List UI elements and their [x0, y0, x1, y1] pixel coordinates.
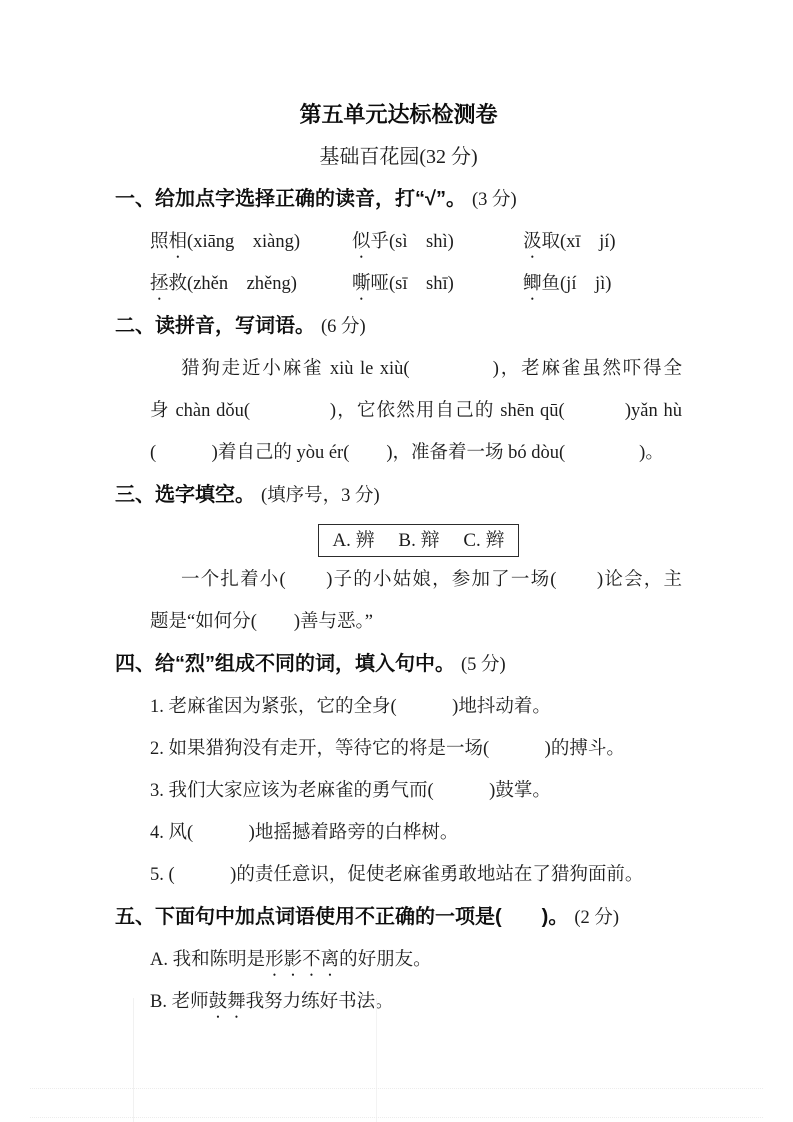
paragraph-line: 题是“如何分( )善与恶。” [115, 601, 682, 643]
paragraph-line: 猎狗走近小麻雀 xiù le xiù( )，老麻雀虽然吓得全 [115, 348, 682, 390]
dotted-phrase: 形影不离 [265, 950, 339, 970]
scan-artifact-dotted-line [30, 1088, 763, 1089]
pinyin-row-2: 拯救(zhěn zhěng) 嘶哑(sī shī) 鲫鱼(jí jì) [115, 263, 682, 305]
test-paper-page: 第五单元达标检测卷 基础百花园(32 分) 一、给加点字选择正确的读音，打“√”… [0, 0, 793, 1122]
question-item-5: 5. ( )的责任意识，促使老麻雀勇敢地站在了猎狗面前。 [115, 854, 682, 896]
section-3-score: (填序号，3 分) [261, 486, 380, 506]
option-b: B. 老师鼓舞我努力练好书法。 [115, 981, 682, 1023]
pinyin-item-sihu: 似乎(sì shì) [352, 221, 523, 263]
option-a-pre: A. 我和陈明是 [150, 950, 265, 970]
dotted-char: 鲫 [523, 274, 542, 294]
choice-box-row: A. 辨 B. 辩 C. 辫 [115, 517, 682, 559]
pinyin-item-zhaoxiang: 照相(xiāng xiàng) [150, 221, 352, 263]
word-pinyin: 哑(sī shī) [371, 274, 454, 294]
question-item-1: 1. 老麻雀因为紧张，它的全身( )地抖动着。 [115, 686, 682, 728]
question-item-4: 4. 风( )地摇撼着路旁的白桦树。 [115, 812, 682, 854]
word-pinyin: (xiāng xiàng) [187, 232, 300, 252]
paper-content: 第五单元达标检测卷 基础百花园(32 分) 一、给加点字选择正确的读音，打“√”… [115, 94, 682, 1023]
section-1-label: 一、给加点字选择正确的读音，打“√”。 [115, 188, 466, 210]
option-a: A. 我和陈明是形影不离的好朋友。 [115, 939, 682, 981]
section-5-label: 五、下面句中加点词语使用不正确的一项是( )。 [115, 906, 568, 928]
section-4-heading: 四、给“烈”组成不同的词，填入句中。(5 分) [115, 643, 682, 686]
dotted-phrase: 鼓舞 [209, 992, 246, 1012]
dotted-char: 似 [352, 232, 371, 252]
pinyin-item-zhengjiu: 拯救(zhěn zhěng) [150, 263, 352, 305]
question-item-3: 3. 我们大家应该为老麻雀的勇气而( )鼓掌。 [115, 770, 682, 812]
section-2-score: (6 分) [321, 317, 366, 337]
section-1-score: (3 分) [472, 190, 517, 210]
page-subtitle: 基础百花园(32 分) [115, 136, 682, 178]
paragraph-line: 身 chàn dǒu( )，它依然用自己的 shēn qū( )yǎn hù [115, 390, 682, 432]
pinyin-item-jiyu: 鲫鱼(jí jì) [523, 263, 682, 305]
section-3-heading: 三、选字填空。(填序号，3 分) [115, 474, 682, 517]
word-pinyin: 取(xī jí) [542, 232, 616, 252]
word-pre: 照 [150, 232, 169, 252]
scan-artifact-dotted-line [30, 1117, 763, 1118]
section-5-heading: 五、下面句中加点词语使用不正确的一项是( )。(2 分) [115, 896, 682, 939]
option-b-rest: 我努力练好书法。 [246, 992, 394, 1012]
option-a-rest: 的好朋友。 [339, 950, 432, 970]
dotted-char: 相 [169, 232, 188, 252]
section-5-score: (2 分) [574, 908, 619, 928]
pinyin-item-jiqu: 汲取(xī jí) [523, 221, 682, 263]
section-1-heading: 一、给加点字选择正确的读音，打“√”。(3 分) [115, 178, 682, 221]
page-title: 第五单元达标检测卷 [115, 94, 682, 136]
pinyin-item-siya: 嘶哑(sī shī) [352, 263, 523, 305]
paragraph-line: ( )着自己的 yòu ér( )，准备着一场 bó dòu( )。 [115, 432, 682, 474]
dotted-char: 嘶 [352, 274, 371, 294]
word-pinyin: 乎(sì shì) [371, 232, 454, 252]
section-2-label: 二、读拼音，写词语。 [115, 315, 315, 337]
question-item-2: 2. 如果猎狗没有走开，等待它的将是一场( )的搏斗。 [115, 728, 682, 770]
choice-box: A. 辨 B. 辩 C. 辫 [318, 524, 518, 557]
section-2-heading: 二、读拼音，写词语。(6 分) [115, 305, 682, 348]
section-3-label: 三、选字填空。 [115, 484, 255, 506]
pinyin-row-1: 照相(xiāng xiàng) 似乎(sì shì) 汲取(xī jí) [115, 221, 682, 263]
dotted-char: 拯 [150, 274, 169, 294]
paragraph-line: 一个扎着小( )子的小姑娘，参加了一场( )论会，主 [115, 559, 682, 601]
section-4-label: 四、给“烈”组成不同的词，填入句中。 [115, 653, 455, 675]
word-pinyin: 救(zhěn zhěng) [169, 274, 297, 294]
dotted-char: 汲 [523, 232, 542, 252]
option-b-pre: B. 老师 [150, 992, 209, 1012]
section-4-score: (5 分) [461, 655, 506, 675]
word-pinyin: 鱼(jí jì) [542, 274, 612, 294]
